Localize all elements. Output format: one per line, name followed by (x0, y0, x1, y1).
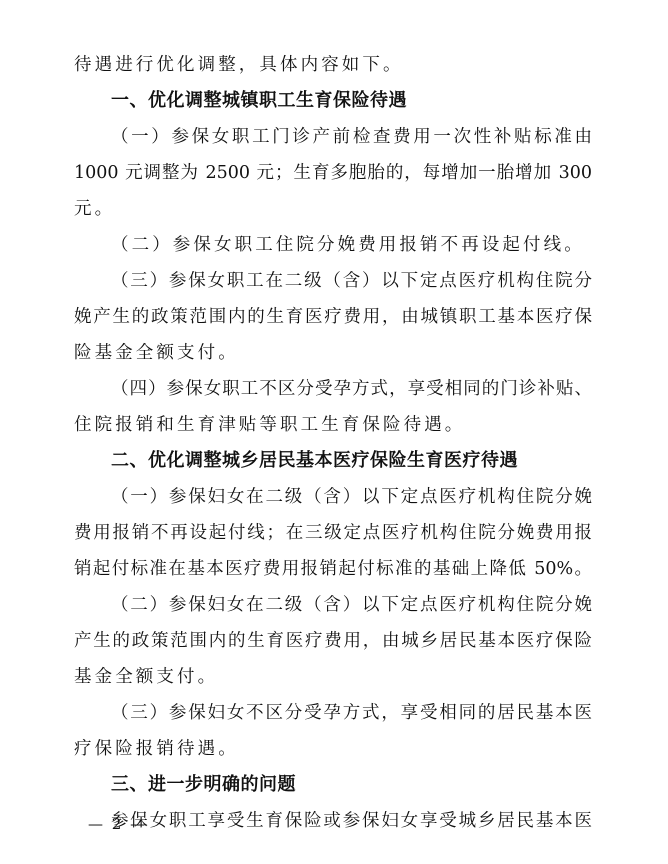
section-heading-3: 三、进一步明确的问题 (111, 767, 296, 803)
paragraph-line: 元。 (74, 191, 115, 227)
paragraph-line: （三）参保妇女不区分受孕方式，享受相同的居民基本医 (111, 695, 592, 731)
section-heading-2: 二、优化调整城乡居民基本医疗保险生育医疗待遇 (111, 443, 518, 479)
paragraph-line: 1000 元调整为 2500 元；生育多胞胎的，每增加一胎增加 300 (74, 155, 592, 191)
paragraph-line: 费用报销不再设起付线；在三级定点医疗机构住院分娩费用报 (74, 515, 592, 551)
paragraph-line: 基金全额支付。 (74, 659, 218, 695)
page-number: — 2 — (88, 815, 147, 833)
paragraph-line-intro-end: 待遇进行优化调整，具体内容如下。 (74, 47, 404, 83)
paragraph-line: 住院报销和生育津贴等职工生育保险待遇。 (74, 407, 465, 443)
paragraph-line: 参保女职工享受生育保险或参保妇女享受城乡居民基本医 (111, 803, 592, 839)
paragraph-line: （一）参保妇女在二级（含）以下定点医疗机构住院分娩 (111, 479, 592, 515)
paragraph-line: 疗保险报销待遇。 (74, 731, 239, 767)
paragraph-line: （二）参保妇女在二级（含）以下定点医疗机构住院分娩 (111, 587, 592, 623)
paragraph-line: （四）参保女职工不区分受孕方式，享受相同的门诊补贴、 (111, 371, 592, 407)
paragraph-line: 销起付标准在基本医疗费用报销起付标准的基础上降低 50%。 (74, 551, 592, 587)
paragraph-line: （一）参保女职工门诊产前检查费用一次性补贴标准由 (111, 119, 592, 155)
paragraph-line: 娩产生的政策范围内的生育医疗费用，由城镇职工基本医疗保 (74, 299, 592, 335)
paragraph-line: 险基金全额支付。 (74, 335, 239, 371)
paragraph-line: 产生的政策范围内的生育医疗费用，由城乡居民基本医疗保险 (74, 623, 592, 659)
paragraph-line: （二）参保女职工住院分娩费用报销不再设起付线。 (111, 227, 585, 263)
section-heading-1: 一、优化调整城镇职工生育保险待遇 (111, 83, 407, 119)
paragraph-line: （三）参保女职工在二级（含）以下定点医疗机构住院分 (111, 263, 592, 299)
